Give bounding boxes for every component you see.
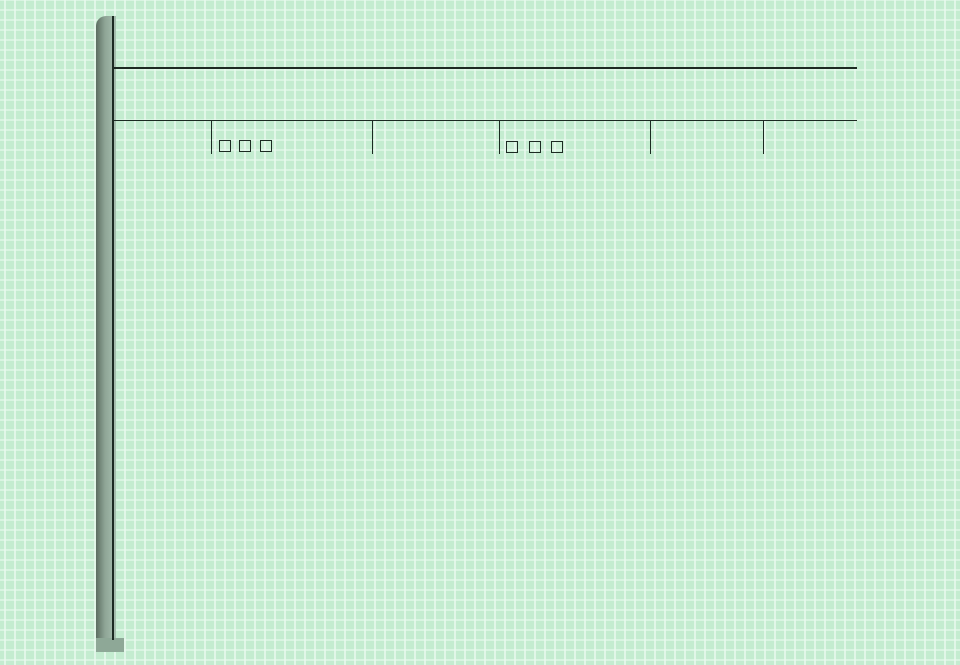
divider	[650, 120, 651, 154]
third-checkbox[interactable]	[551, 141, 563, 153]
second-checkbox[interactable]	[529, 141, 541, 153]
twin-checkbox[interactable]	[239, 140, 251, 152]
divider	[211, 120, 212, 154]
label-3	[217, 123, 221, 133]
birth-certificate	[112, 16, 858, 640]
first-checkbox[interactable]	[506, 141, 518, 153]
divider	[499, 120, 500, 154]
label-1a	[118, 71, 122, 81]
triplet-checkbox[interactable]	[260, 140, 272, 152]
rule	[112, 120, 857, 121]
label-1b	[430, 71, 434, 81]
divider	[372, 120, 373, 154]
label-2	[118, 124, 124, 134]
label-4	[504, 122, 522, 131]
single-checkbox[interactable]	[219, 140, 231, 152]
divider	[763, 120, 764, 154]
this-birth-options	[217, 140, 272, 152]
twin-order-options	[504, 141, 563, 153]
label-1c	[648, 71, 652, 81]
header-rule	[112, 67, 857, 69]
document-binding-corner	[96, 638, 124, 652]
left-border	[112, 16, 114, 640]
